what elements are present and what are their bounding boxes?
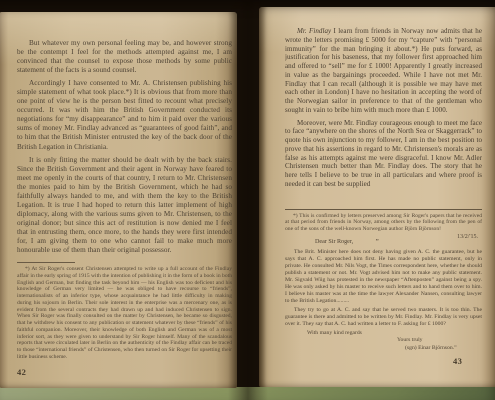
left-page-body: But whatever my own personal feeling may… <box>17 39 232 269</box>
right-page-footnote-block: *) This is confirmed by letters preserve… <box>285 209 482 242</box>
letter-paragraph: The Brit. Minister here does not deny ha… <box>285 249 482 305</box>
letter-paragraph: They try to go at A. C. and say that he … <box>285 307 482 328</box>
letter-closing: With many kind regards <box>307 330 482 337</box>
body-paragraph: Accordingly I have consented to Mr. A. C… <box>17 79 232 151</box>
paragraph-text: I learn from friends in Norway now admit… <box>285 27 482 114</box>
body-paragraph: It is only fitting the matter should be … <box>17 156 232 256</box>
letter-valediction: Yours truly <box>397 337 482 344</box>
page-number-right: 43 <box>453 356 462 366</box>
quoted-letter: Dear Sir Roger, The Brit. Minister here … <box>285 239 482 351</box>
body-paragraph: Mr. Findlay I learn from friends in Norw… <box>285 27 482 115</box>
footnote-divider <box>17 262 75 263</box>
page-number-left: 42 <box>17 367 26 377</box>
italic-lead-text: Mr. Findlay <box>297 27 331 35</box>
right-page: Mr. Findlay I learn from friends in Norw… <box>259 7 495 387</box>
book-spread-photo: But whatever my own personal feeling may… <box>0 0 495 400</box>
left-page: But whatever my own personal feeling may… <box>0 12 237 388</box>
body-paragraph: But whatever my own personal feeling may… <box>17 39 232 75</box>
table-surface <box>0 387 495 400</box>
right-page-footnote: *) This is confirmed by letters preserve… <box>285 213 482 233</box>
letter-signature: (sgn) Einar Björnson.” <box>405 345 482 352</box>
body-paragraph: Moreover, were Mr. Findlay courageous en… <box>285 119 482 189</box>
right-page-body: Mr. Findlay I learn from friends in Norw… <box>285 27 482 208</box>
letter-salutation: Dear Sir Roger, <box>315 239 482 246</box>
left-page-footnote: *) At Sir Roger's consent Christensen at… <box>17 266 232 366</box>
